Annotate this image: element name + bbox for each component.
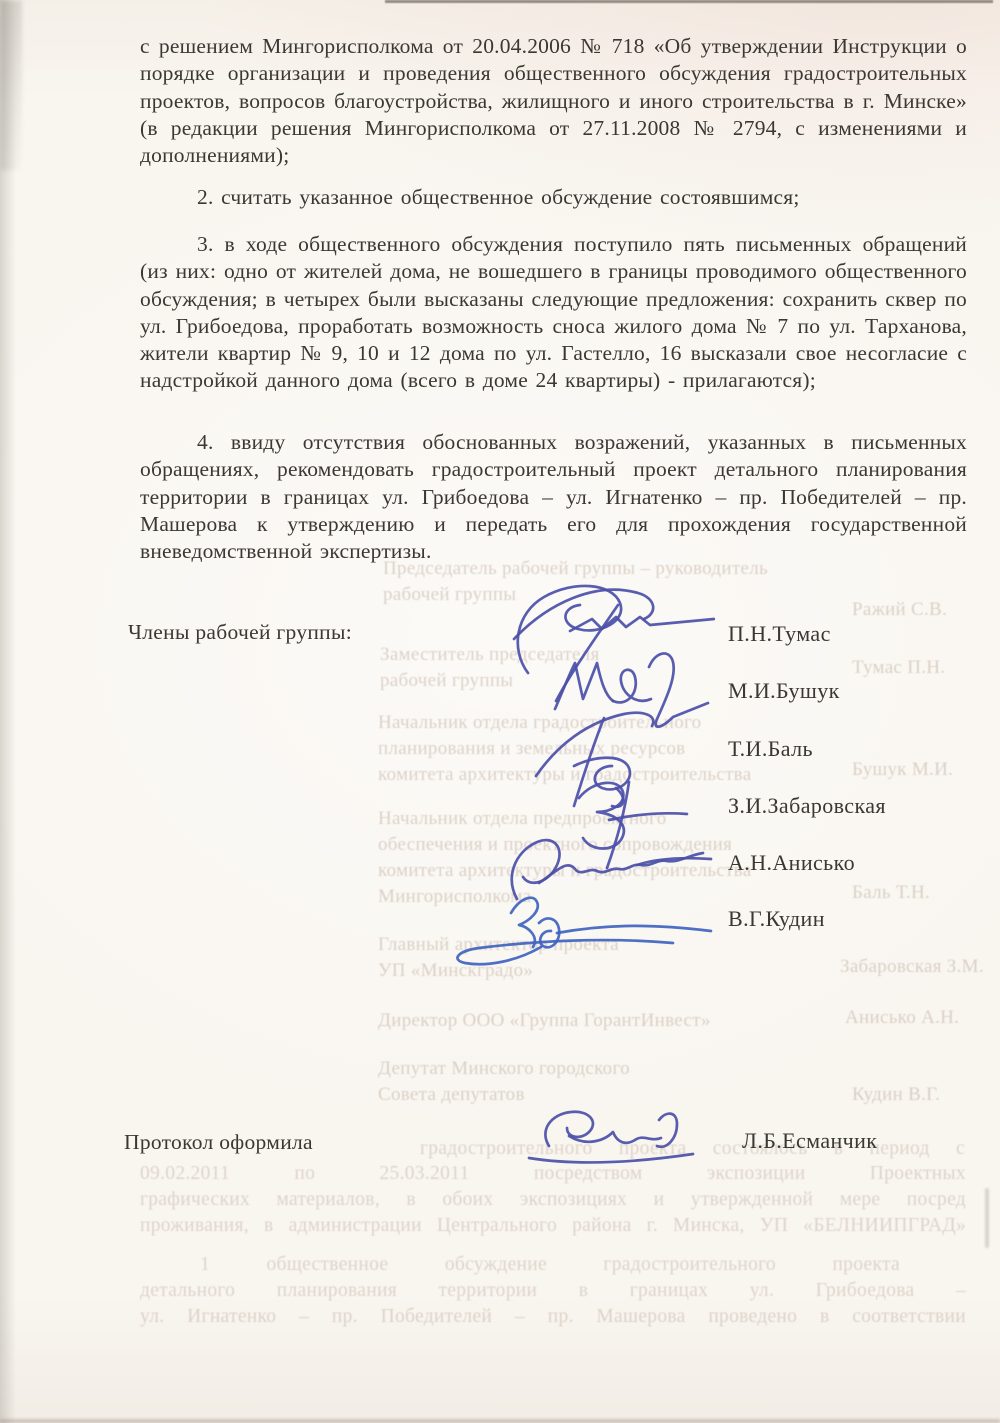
bleedthrough-name: Ражий С.В. bbox=[852, 597, 947, 622]
bleedthrough-name: Забаровская З.М. bbox=[840, 954, 984, 979]
members-label: Члены рабочей группы: bbox=[128, 620, 352, 645]
bleedthrough-line: Директор ООО «Группа ГорантИнвест» bbox=[378, 1008, 711, 1033]
bleedthrough-line: графических материалов, в обоих экспозиц… bbox=[140, 1187, 966, 1212]
bleedthrough-line: рабочей группы bbox=[383, 582, 516, 607]
scan-edge-bottom-shadow bbox=[0, 1419, 1000, 1423]
bleedthrough-name: Кудин В.Г. bbox=[852, 1082, 940, 1107]
bleedthrough-name: Анисько А.Н. bbox=[845, 1005, 959, 1030]
prepared-by-name: Л.Б.Есманчик bbox=[742, 1128, 877, 1154]
member-name-bushuk: М.И.Бушук bbox=[728, 678, 840, 704]
scan-smudge-mark bbox=[985, 1188, 989, 1248]
member-name-kudin: В.Г.Кудин bbox=[728, 906, 825, 932]
signature-ink-esmanchik bbox=[515, 1100, 725, 1175]
member-name-tumas: П.Н.Тумас bbox=[728, 621, 831, 647]
paragraph-continuation: с решением Мингорисполкома от 20.04.2006… bbox=[140, 33, 967, 169]
bleedthrough-line: ул. Игнатенко – пр. Победителей – пр. Ма… bbox=[140, 1304, 966, 1329]
member-name-anisko: А.Н.Анисько bbox=[728, 850, 855, 876]
bleedthrough-name: Тумас П.Н. bbox=[852, 655, 945, 680]
item-3: 3. в ходе общественного обсуждения посту… bbox=[140, 231, 967, 395]
bleedthrough-line: детального планирования территории в гра… bbox=[140, 1278, 966, 1303]
scan-edge-left-shadow bbox=[0, 0, 16, 1423]
bleedthrough-line: Совета депутатов bbox=[378, 1082, 525, 1107]
prepared-label: Протокол оформила bbox=[124, 1130, 313, 1155]
bleedthrough-line: Депутат Минского городского bbox=[378, 1056, 630, 1081]
item-2: 2. считать указанное общественное обсужд… bbox=[140, 184, 967, 211]
member-name-zabarovskaya: З.И.Забаровская bbox=[728, 793, 886, 819]
scanned-protocol-page: Председатель рабочей группы – руководите… bbox=[0, 0, 1000, 1423]
signature-ink-kudin bbox=[445, 885, 715, 970]
item-4: 4. ввиду отсутствия обоснованных возраже… bbox=[140, 429, 967, 565]
bleedthrough-line: рабочей группы bbox=[380, 668, 513, 693]
member-name-bal: Т.И.Баль bbox=[728, 736, 813, 762]
bleedthrough-name: Бушук М.И. bbox=[852, 757, 953, 782]
bleedthrough-name: Баль Т.Н. bbox=[852, 880, 930, 905]
scan-edge-top-line bbox=[385, 0, 993, 3]
bleedthrough-line: проживания, в администрации Центрального… bbox=[140, 1213, 966, 1238]
bleedthrough-line: 1 общественное обсуждение градостроитель… bbox=[200, 1252, 900, 1277]
scan-edge-corner-shadow bbox=[0, 0, 22, 170]
